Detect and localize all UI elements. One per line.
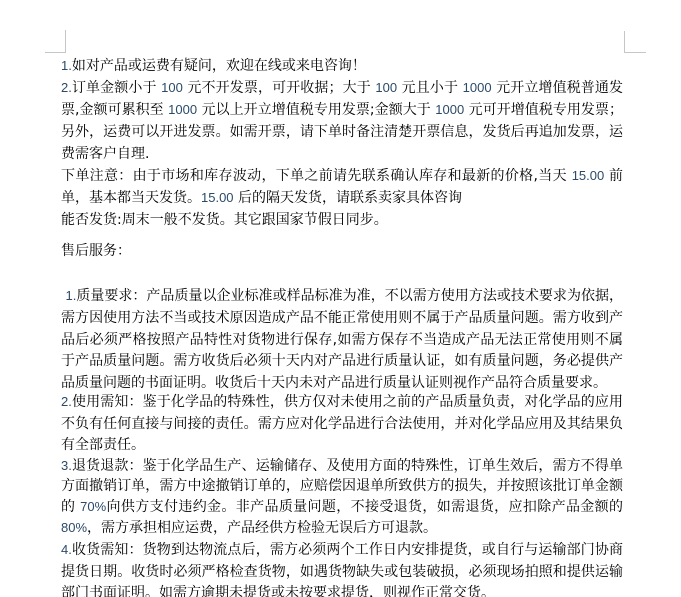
text-line: 1.如对产品或运费有疑问，欢迎在线或来电咨询！ xyxy=(61,56,623,77)
text-line: 4.收货需知：货物到达物流点后，需方必须两个工作日内安排提货，或自行与运输部门协… xyxy=(61,540,623,561)
text-boundary-mark-top-left-horizontal xyxy=(45,52,66,53)
text-line: 另外，运费可以开进发票。如需开票，请下单时备注清楚开票信息，发货后再追加发票，运 xyxy=(61,122,623,143)
text-line: 2.使用需知：鉴于化学品的特殊性，供方仅对未使用之前的产品质量负责，对化学品的应… xyxy=(61,392,623,413)
text-line: 不负有任何直接与间接的责任。需方应对化学品进行合法使用，并对化学品应用及其结果负 xyxy=(61,414,623,435)
text-line: 于产品质量问题。需方收货后必须十天内对产品进行质量认证，如有质量问题，务必提供产 xyxy=(61,351,623,372)
text-line: 费需客户自理. xyxy=(61,144,623,165)
text-line: 80%，需方承担相应运费，产品经供方检验无误后方可退款。 xyxy=(61,518,623,539)
text-line: 单，基本都当天发货。15.00 后的隔天发货，请联系卖家具体咨询 xyxy=(61,188,623,209)
section-heading: 售后服务： xyxy=(61,241,623,262)
text-line: 1.质量要求：产品质量以企业标准或样品标准为准，不以需方使用方法或技术要求为依据… xyxy=(61,286,623,307)
text-line: 部门书面证明。如需方逾期未提货或未按要求提货，则视作正常交货。 xyxy=(61,583,623,597)
text-line: 票,金额可累积至 1000 元以上开立增值税专用发票;金额大于 1000 元可开… xyxy=(61,100,623,121)
text-line: 品后必须严格按照产品特性对货物进行保存,如需方保存不当造成产品无法正常使用则不属 xyxy=(61,330,623,351)
text-line: 能否发货:周末一般不发货。其它跟国家节假日同步。 xyxy=(61,210,623,231)
text-line: 提货日期。收货时必须严格检查货物，如遇货物缺失或包装破损，必须现场拍照和提供运输 xyxy=(61,562,623,583)
text-line: 有全部责任。 xyxy=(61,435,623,456)
text-boundary-mark-top-left-vertical xyxy=(65,30,66,53)
text-line: 需方因使用方法不当或技术原因造成产品不能正常使用则不属于产品质量问题。需方收到产 xyxy=(61,308,623,329)
text-boundary-mark-top-right-horizontal xyxy=(624,52,646,53)
text-line: 下单注意：由于市场和库存波动，下单之前请先联系确认库存和最新的价格,当天 15.… xyxy=(61,166,623,187)
text-line: 品质量问题的书面证明。收货后十天内未对产品进行质量认证则视作产品符合质量要求。 xyxy=(61,373,623,394)
text-line: 2.订单金额小于 100 元不开发票，可开收据；大于 100 元且小于 1000… xyxy=(61,78,623,99)
text-line: 方面撤销订单，需方中途撤销订单的，应赔偿因退单所致供方的损失，并按照该批订单金额 xyxy=(61,476,623,497)
text-line: 的 70%向供方支付违约金。非产品质量问题，不接受退货，如需退货，应扣除产品金额… xyxy=(61,497,623,518)
document-page[interactable]: 1.如对产品或运费有疑问，欢迎在线或来电咨询！ 2.订单金额小于 100 元不开… xyxy=(0,0,681,597)
text-boundary-mark-top-right-vertical xyxy=(624,31,625,53)
text-line: 3.退货退款：鉴于化学品生产、运输储存、及使用方面的特殊性，订单生效后，需方不得… xyxy=(61,456,623,477)
